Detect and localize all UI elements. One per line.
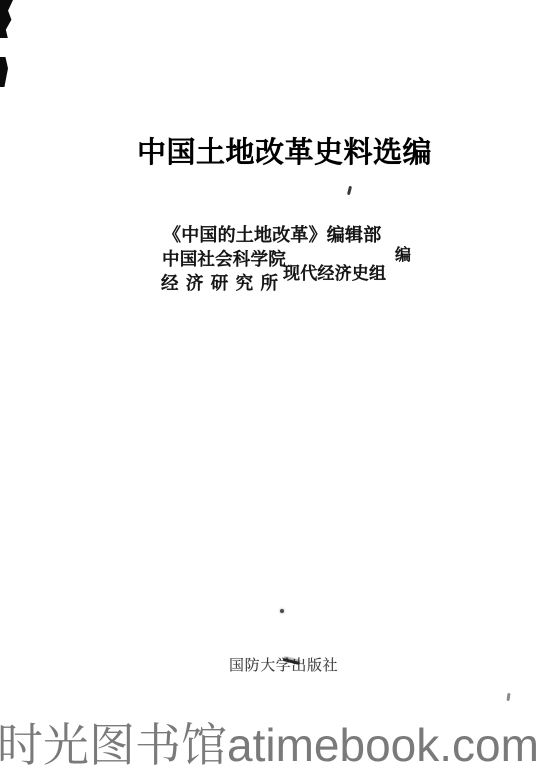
scan-edge-mark-top-left-1 bbox=[0, 0, 13, 38]
ink-tick-artifact-above-watermark bbox=[506, 693, 510, 701]
editor-line-editorial-dept: 《中国的土地改革》编辑部 bbox=[163, 221, 381, 247]
editor-line-institute: 经 济 研 究 所 bbox=[161, 270, 280, 295]
ink-speck-artifact bbox=[280, 609, 284, 613]
editor-role-label: 编 bbox=[395, 242, 411, 265]
editor-line-academy: 中国社会科学院 bbox=[162, 246, 286, 271]
scan-edge-mark-top-left-2 bbox=[0, 57, 8, 87]
editor-line-history-group: 现代经济史组 bbox=[283, 259, 386, 284]
library-watermark-text: 时光图书馆atimebook.com bbox=[0, 709, 539, 768]
scanned-book-title-page: 中国土地改革史料选编 《中国的土地改革》编辑部 中国社会科学院 经 济 研 究 … bbox=[0, 0, 540, 768]
book-title: 中国土地改革史料选编 bbox=[137, 136, 432, 171]
ink-tick-artifact-below-title bbox=[347, 186, 352, 195]
editor-credit-block: 《中国的土地改革》编辑部 中国社会科学院 经 济 研 究 所 现代经济史组 编 bbox=[0, 0, 540, 768]
